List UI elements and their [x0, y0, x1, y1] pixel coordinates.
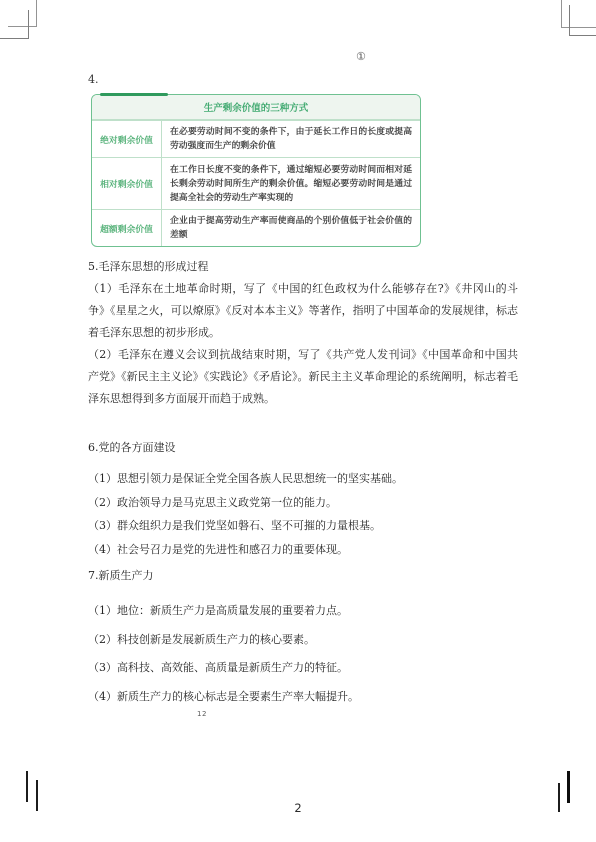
crop-mark-bottom-left-line1	[26, 771, 28, 802]
section-5-heading: 5.毛泽东思想的形成过程	[88, 256, 518, 278]
table-row: 绝对剩余价值 在必要劳动时间不变的条件下，由于延长工作日的长度或提高劳动强度而生…	[92, 120, 420, 157]
crop-mark-top-right-inner	[569, 5, 596, 36]
section-6-item: （2）政治领导力是马克思主义政党第一位的能力。	[88, 492, 518, 514]
item-4-label: 4.	[88, 73, 99, 86]
section-7-item: （2）科技创新是发展新质生产力的核心要素。	[88, 629, 518, 651]
table-row-label: 绝对剩余价值	[92, 121, 162, 157]
section-new-productive-forces: 7.新质生产力 （1）地位：新质生产力是高质量发展的重要着力点。 （2）科技创新…	[88, 565, 518, 708]
table-accent-bar	[100, 93, 168, 96]
document-page: ① 4. 生产剩余价值的三种方式 绝对剩余价值 在必要劳动时间不变的条件下，由于…	[0, 0, 596, 842]
section-7-heading: 7.新质生产力	[88, 565, 518, 587]
section-6-heading: 6.党的各方面建设	[88, 437, 518, 459]
table-row-label: 超额剩余价值	[92, 210, 162, 246]
table-row-desc: 企业由于提高劳动生产率而使商品的个别价值低于社会价值的差额	[162, 210, 420, 246]
section-7-item: （4）新质生产力的核心标志是全要素生产率大幅提升。	[88, 686, 518, 708]
section-5-paragraph-2: （2）毛泽东在遵义会议到抗战结束时期，写了《共产党人发刊词》《中国革命和中国共产…	[88, 344, 518, 410]
section-6-item: （4）社会号召力是党的先进性和感召力的重要体现。	[88, 539, 518, 561]
section-5-paragraph-1: （1）毛泽东在土地革命时期，写了《中国的红色政权为什么能够存在?》《井冈山的斗争…	[88, 278, 518, 344]
section-6-item: （3）群众组织力是我们党坚如磐石、坚不可摧的力量根基。	[88, 515, 518, 537]
circled-number-annotation: ①	[356, 50, 366, 63]
table-row-label: 相对剩余价值	[92, 158, 162, 209]
table-row: 超额剩余价值 企业由于提高劳动生产率而使商品的个别价值低于社会价值的差额	[92, 209, 420, 246]
section-party-building: 6.党的各方面建设 （1）思想引领力是保证全党全国各族人民思想统一的坚实基础。 …	[88, 437, 518, 561]
table-row: 相对剩余价值 在工作日长度不变的条件下，通过缩短必要劳动时间而相对延长剩余劳动时…	[92, 157, 420, 209]
inner-page-number: 12	[197, 710, 207, 718]
table-row-desc: 在必要劳动时间不变的条件下，由于延长工作日的长度或提高劳动强度而生产的剩余价值	[162, 121, 420, 157]
table-row-desc: 在工作日长度不变的条件下，通过缩短必要劳动时间而相对延长剩余劳动时间所生产的剩余…	[162, 158, 420, 209]
section-7-item: （1）地位：新质生产力是高质量发展的重要着力点。	[88, 600, 518, 622]
table-title: 生产剩余价值的三种方式	[92, 95, 420, 120]
crop-mark-bottom-right-line2	[567, 771, 570, 803]
crop-mark-top-left-inner	[0, 10, 29, 39]
section-6-item: （1）思想引领力是保证全党全国各族人民思想统一的坚实基础。	[88, 468, 518, 490]
section-7-item: （3）高科技、高效能、高质量是新质生产力的特征。	[88, 657, 518, 679]
page-number: 2	[0, 801, 596, 815]
section-mao-zedong-thought: 5.毛泽东思想的形成过程 （1）毛泽东在土地革命时期，写了《中国的红色政权为什么…	[88, 256, 518, 410]
surplus-value-table: 生产剩余价值的三种方式 绝对剩余价值 在必要劳动时间不变的条件下，由于延长工作日…	[91, 94, 421, 247]
